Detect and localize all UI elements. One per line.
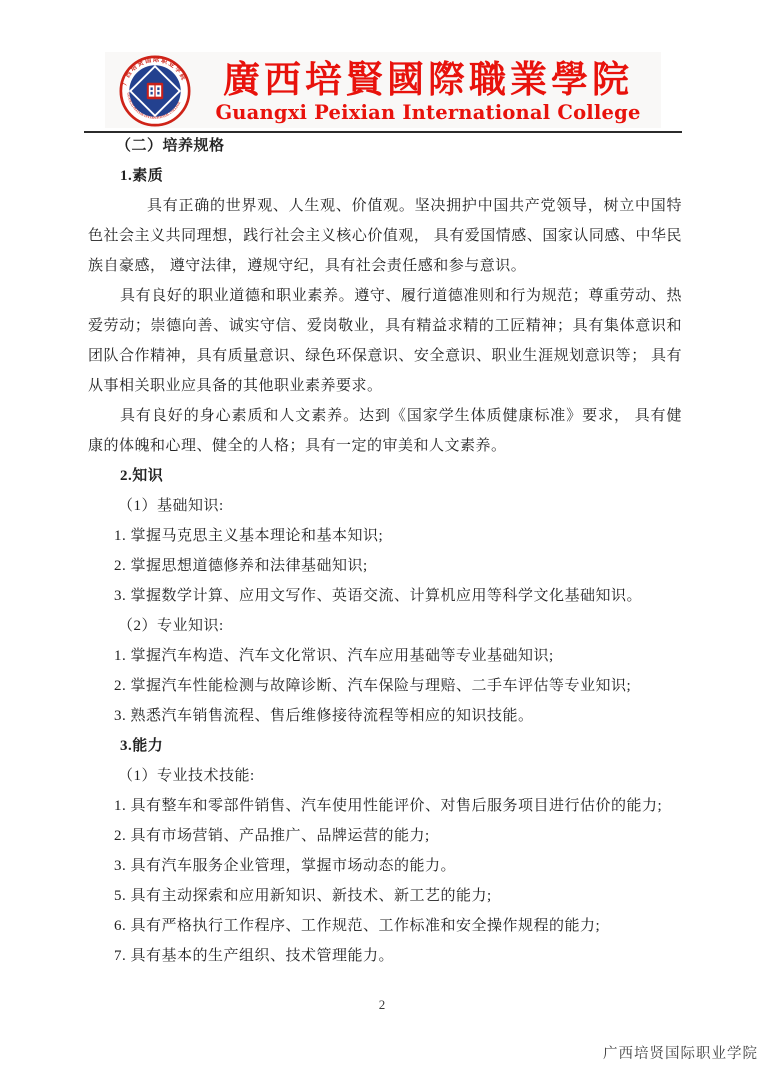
doc-paragraph: 具有正确的世界观、人生观、价值观。坚决拥护中国共产党领导，树立中国特色社会主义共… — [88, 191, 682, 281]
document-page: 广西培贤国际职业学院 GUANGXI PEIXIAN INTERNATIONAL… — [0, 0, 764, 1080]
college-name-zh: 廣西培賢國際職業學院 — [201, 57, 655, 101]
doc-heading2: 3.能力 — [88, 731, 682, 761]
college-header: 广西培贤国际职业学院 GUANGXI PEIXIAN INTERNATIONAL… — [105, 52, 661, 128]
document-body: （二）培养规格1.素质具有正确的世界观、人生观、价值观。坚决拥护中国共产党领导，… — [88, 131, 682, 971]
doc-paragraph: 具有良好的职业道德和职业素养。遵守、履行道德准则和行为规范；尊重劳动、热爱劳动；… — [88, 281, 682, 401]
doc-list-item: 7. 具有基本的生产组织、技术管理能力。 — [88, 941, 682, 971]
seal-book-left-icon — [149, 85, 155, 96]
seal-book-right-icon — [156, 85, 162, 96]
college-seal-logo: 广西培贤国际职业学院 GUANGXI PEIXIAN INTERNATIONAL… — [119, 55, 191, 127]
doc-list-item: 2. 具有市场营销、产品推广、品牌运营的能力; — [88, 821, 682, 851]
doc-list-item: 3. 具有汽车服务企业管理，掌握市场动态的能力。 — [88, 851, 682, 881]
doc-list-item: 3. 掌握数学计算、应用文写作、英语交流、计算机应用等科学文化基础知识。 — [88, 581, 682, 611]
doc-subheading: （2）专业知识: — [88, 611, 682, 641]
doc-list-item: 3. 熟悉汽车销售流程、售后维修接待流程等相应的知识技能。 — [88, 701, 682, 731]
footer-watermark: 广西培贤国际职业学院 — [603, 1042, 758, 1063]
college-title-block: 廣西培賢國際職業學院 Guangxi Peixian International… — [201, 57, 655, 124]
doc-heading2: 1.素质 — [88, 161, 682, 191]
doc-heading2: 2.知识 — [88, 461, 682, 491]
doc-heading1: （二）培养规格 — [88, 131, 682, 161]
doc-paragraph: 具有良好的身心素质和人文素养。达到《国家学生体质健康标准》要求， 具有健康的体魄… — [88, 401, 682, 461]
doc-list-item: 1. 具有整车和零部件销售、汽车使用性能评价、对售后服务项目进行估价的能力; — [88, 791, 682, 821]
doc-list-item: 6. 具有严格执行工作程序、工作规范、工作标准和安全操作规程的能力; — [88, 911, 682, 941]
doc-list-item: 1. 掌握马克思主义基本理论和基本知识; — [88, 521, 682, 551]
doc-list-item: 2. 掌握汽车性能检测与故障诊断、汽车保险与理赔、二手车评估等专业知识; — [88, 671, 682, 701]
page-number: 2 — [0, 997, 764, 1013]
doc-subheading: （1）基础知识: — [88, 491, 682, 521]
doc-list-item: 2. 掌握思想道德修养和法律基础知识; — [88, 551, 682, 581]
college-name-en: Guangxi Peixian International College — [201, 101, 655, 124]
doc-list-item: 1. 掌握汽车构造、汽车文化常识、汽车应用基础等专业基础知识; — [88, 641, 682, 671]
doc-subheading: （1）专业技术技能: — [88, 761, 682, 791]
doc-list-item: 5. 具有主动探索和应用新知识、新技术、新工艺的能力; — [88, 881, 682, 911]
